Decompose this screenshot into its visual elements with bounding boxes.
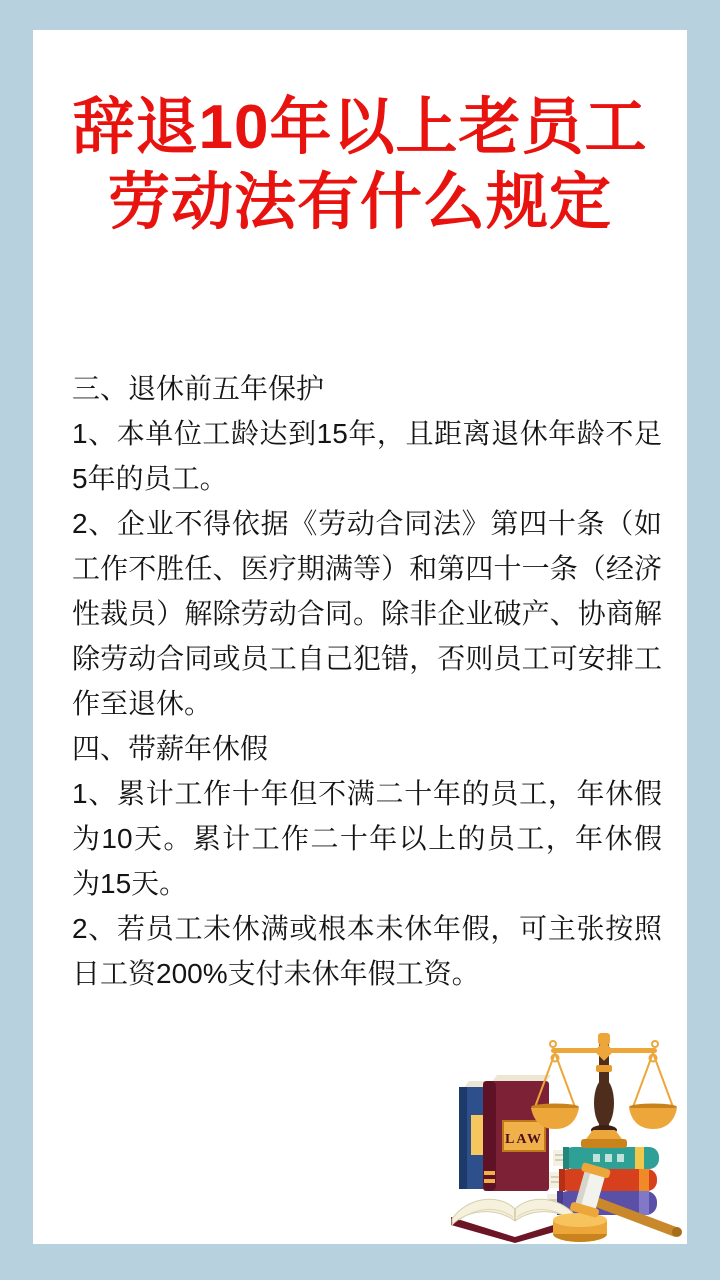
section-4-item-1: 1、累计工作十年但不满二十年的员工，年休假为10天。累计工作二十年以上的员工，年… — [72, 771, 662, 906]
section-3-item-1: 1、本单位工龄达到15年，且距离退休年龄不足5年的员工。 — [72, 411, 662, 501]
body-text: 三、退休前五年保护 1、本单位工龄达到15年，且距离退休年龄不足5年的员工。 2… — [72, 366, 662, 996]
law-illustration: LAW — [447, 1029, 687, 1244]
title-line-1: 辞退10年以上老员工 — [33, 90, 687, 165]
law-book-label: LAW — [505, 1132, 543, 1147]
section-4-item-2: 2、若员工未休满或根本未休年假，可主张按照日工资200%支付未休年假工资。 — [72, 906, 662, 996]
section-heading-3: 三、退休前五年保护 — [72, 366, 662, 411]
title-line-2: 劳动法有什么规定 — [33, 165, 687, 240]
section-3-item-2: 2、企业不得依据《劳动合同法》第四十条（如工作不胜任、医疗期满等）和第四十一条（… — [72, 501, 662, 726]
content-card: 辞退10年以上老员工 劳动法有什么规定 三、退休前五年保护 1、本单位工龄达到1… — [33, 30, 687, 1244]
scales-of-justice-icon — [531, 1033, 677, 1148]
section-heading-4: 四、带薪年休假 — [72, 726, 662, 771]
page-title: 辞退10年以上老员工 劳动法有什么规定 — [33, 90, 687, 240]
poster-canvas: 辞退10年以上老员工 劳动法有什么规定 三、退休前五年保护 1、本单位工龄达到1… — [0, 0, 720, 1280]
